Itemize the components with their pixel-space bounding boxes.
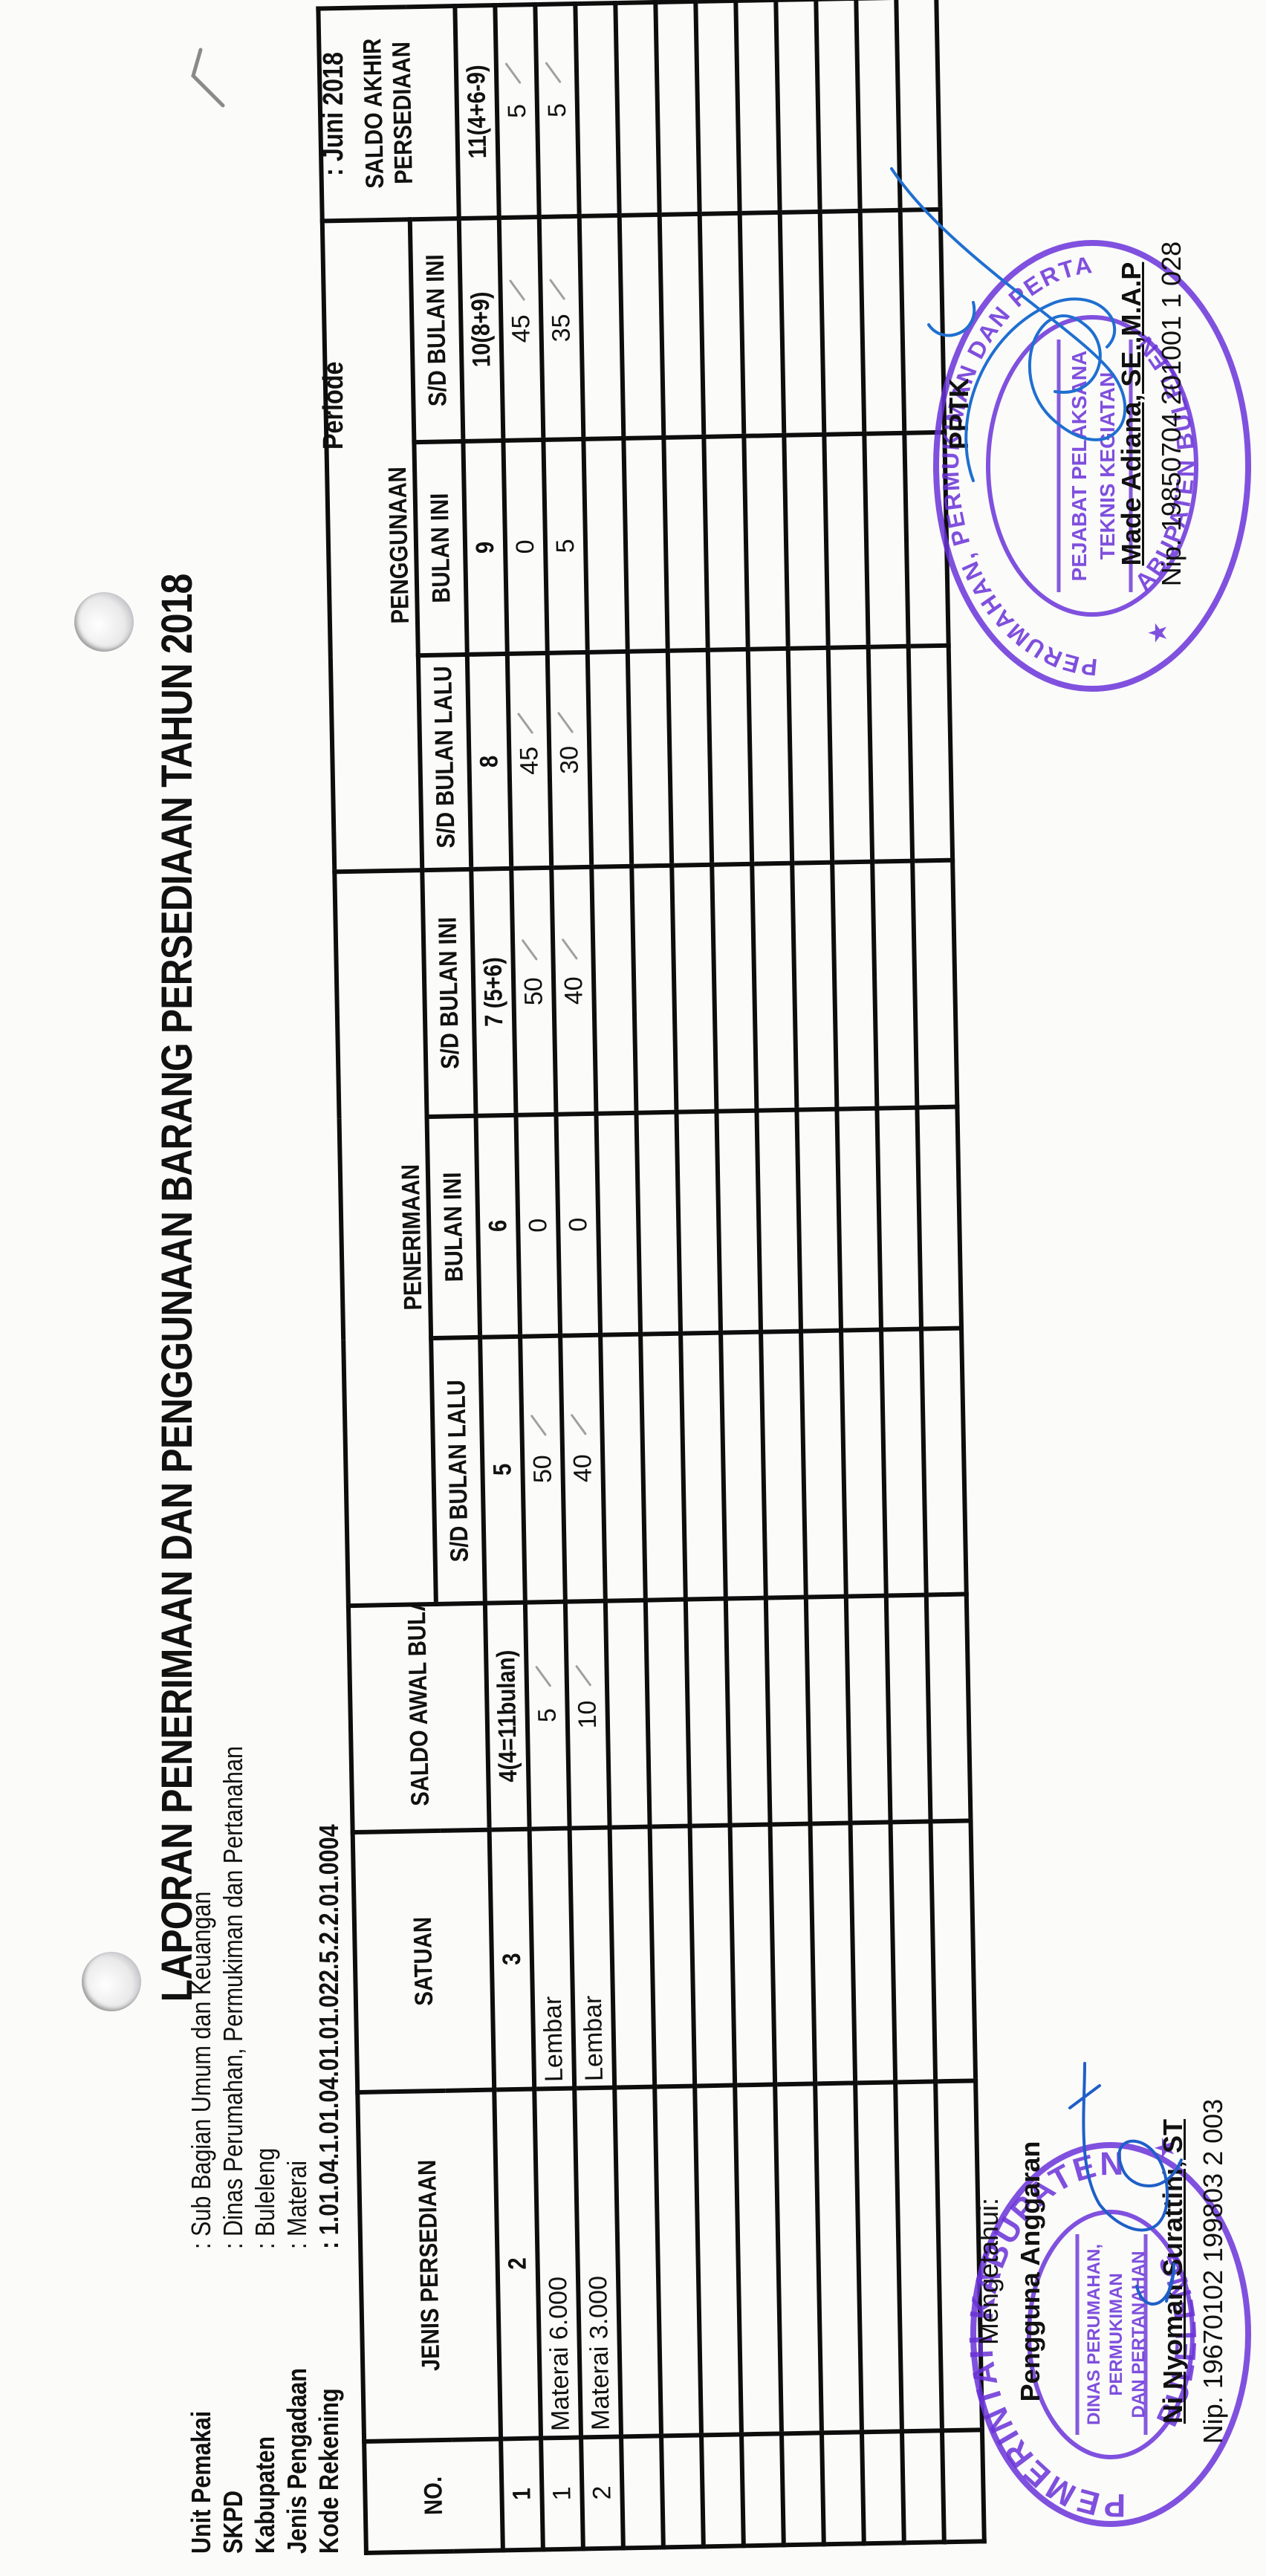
column-number-cell: 3 [490,1829,535,2090]
empty-cell [744,435,788,649]
empty-cell [780,212,825,435]
empty-cell [583,438,627,652]
cell-penggunaan-sd-lalu: 45 [507,653,551,869]
cell-no: 1 [541,2437,583,2549]
scanned-report-page: LAPORAN PENERIMAAN DAN PENGGUNAAN BARANG… [0,0,1266,2576]
empty-cell [917,1107,961,1329]
cell-penggunaan-sd-ini: 45 [499,217,544,441]
empty-cell [832,862,877,1109]
empty-cell [591,866,636,1114]
empty-cell [655,1,699,215]
empty-cell [655,2086,701,2436]
empty-cell [846,1596,891,1823]
column-number-cell: 7 (5+6) [471,869,516,1116]
pencil-tick-icon [557,711,574,733]
header-field-value: : 1.01.04.1.01.04.01.01.022.5.2.2.01.000… [314,1824,345,2249]
empty-cell [623,438,667,652]
empty-cell [730,1825,776,2086]
empty-cell [615,2,659,215]
col-header-saldo-akhir: SALDO AKHIRPERSEDIAAN [318,6,458,221]
empty-cell [636,1112,681,1334]
cell-penerimaan-sd-ini: 40 [551,867,596,1115]
empty-cell [606,1600,650,1828]
col-header-saldo-awal: SALDO AWAL BULAN [348,1603,490,1832]
col-header-penggunaan-ini: BULAN INI [414,441,467,655]
col-header-penerimaan: PENERIMAAN [334,870,436,1606]
empty-cell [775,2083,822,2433]
empty-cell [726,1598,770,1826]
empty-cell [672,865,716,1112]
empty-cell [902,2430,944,2543]
header-field-label: Jenis Pengadaan [282,2368,313,2554]
empty-cell [792,863,837,1110]
empty-cell [681,1333,726,1600]
cell-satuan: Lembar [530,1829,575,2089]
empty-cell [575,3,619,216]
column-number-cell: 6 [476,1115,521,1337]
empty-cell [708,649,752,865]
empty-cell [663,437,707,651]
empty-cell [761,1331,806,1598]
col-header-no: NO. [364,2439,503,2553]
column-number-cell: 11(4+6-9) [455,5,499,218]
empty-cell [851,1822,896,2083]
empty-cell [921,1328,967,1595]
empty-cell [841,1330,886,1597]
column-number-cell: 2 [494,2089,541,2439]
empty-cell [806,1597,851,1824]
empty-cell [721,1332,766,1599]
empty-cell [700,213,744,437]
empty-cell [661,2435,704,2547]
cell-penerimaan-ini: 0 [556,1114,600,1336]
cell-penggunaan-ini: 0 [503,440,547,654]
empty-cell [620,215,664,438]
empty-cell [776,0,819,212]
empty-cell [712,864,756,1112]
cell-satuan: Lembar [570,1828,615,2089]
handwritten-signature-left [1055,2041,1204,2353]
empty-cell [788,648,832,863]
cell-penggunaan-sd-ini: 35 [539,216,584,440]
col-header-penggunaan: PENGGUNAAN [322,219,422,872]
empty-cell [828,647,872,863]
cell-penerimaan-sd-lalu: 50 [520,1336,565,1603]
empty-cell [628,651,672,866]
cell-saldo-akhir: 5 [495,4,539,218]
empty-cell [610,1827,655,2088]
column-number-cell: 5 [480,1337,525,1603]
empty-cell [740,212,785,436]
empty-cell [741,2433,784,2546]
cell-penerimaan-sd-ini: 50 [511,868,556,1115]
pencil-tick-icon [517,712,533,733]
pencil-tick-icon [530,1414,547,1435]
cell-saldo-awal: 10 [565,1601,610,1829]
header-field-value: : Sub Bagian Umum dan Keuangan [186,1892,217,2249]
empty-cell [695,2085,741,2435]
col-header-penerimaan-sd-ini: S/D BULAN INI [422,869,475,1117]
empty-cell [770,1824,816,2085]
header-field-label: SKPD [218,2491,249,2554]
empty-cell [600,1334,646,1601]
pencil-tick-icon [535,1665,551,1687]
column-number-cell: 8 [467,654,511,869]
empty-cell [820,211,865,435]
pencil-tick-icon [504,62,521,84]
empty-cell [931,1820,976,2081]
empty-cell [895,2081,942,2431]
empty-cell [796,1109,841,1331]
empty-cell [668,650,712,866]
empty-cell [801,1331,846,1597]
empty-cell [660,214,704,438]
pencil-tick-icon [522,939,538,961]
cell-saldo-akhir: 5 [535,4,579,217]
empty-cell [614,2087,661,2437]
acknowledged-label: Mengetahui: [973,2078,1004,2465]
handwritten-signature-right [862,154,1174,570]
pencil-check-mark-icon [186,42,230,109]
empty-cell [695,1,739,214]
pencil-tick-icon [545,62,561,83]
empty-cell [596,1113,640,1335]
empty-cell [886,1595,931,1823]
col-header-penerimaan-ini: BULAN INI [427,1116,481,1338]
empty-cell [822,2432,864,2544]
cell-no: 2 [581,2436,623,2549]
header-field-label: Unit Pemakai [186,2411,217,2554]
header-field-value: : Buleleng [250,2148,281,2249]
col-header-penggunaan-sd-ini: S/D BULAN INI [410,218,464,442]
empty-cell [782,2433,824,2545]
cell-jenis: Materai 3.000 [574,2088,621,2438]
header-field-label: Kode Rekening [314,2388,345,2554]
cell-penerimaan-ini: 0 [516,1115,561,1337]
punch-hole [82,1952,141,2011]
col-header-penggunaan-sd-lalu: S/D BULAN LALU [418,655,471,870]
cell-penggunaan-ini: 5 [543,439,587,653]
empty-cell [811,1823,856,2083]
empty-cell [869,646,912,862]
empty-cell [676,1112,721,1334]
pencil-tick-icon [509,279,525,301]
empty-cell [621,2436,663,2548]
empty-cell [748,649,792,864]
col-header-jenis: JENIS PERSEDIAAN [357,2090,501,2442]
empty-cell [686,1599,730,1826]
column-number-cell: 10(8+9) [459,218,504,441]
empty-cell [881,1329,926,1596]
empty-cell [912,860,957,1108]
column-number-cell: 4(4=11bulan) [485,1603,530,1830]
empty-cell [646,1600,690,1827]
empty-cell [716,1111,761,1333]
pencil-tick-icon [549,279,565,300]
empty-cell [632,866,676,1113]
empty-cell [784,435,828,649]
header-field-value: : Dinas Perumahan, Permukiman dan Pertan… [218,1746,249,2249]
empty-cell [736,0,779,213]
empty-cell [752,863,796,1111]
col-header-satuan: SATUAN [353,1830,495,2092]
empty-cell [926,1594,971,1821]
empty-cell [837,1109,881,1331]
empty-cell [855,2082,902,2432]
pencil-tick-icon [562,938,578,960]
punch-hole [74,592,134,652]
empty-cell [872,861,917,1109]
header-field-value: : Materai [282,2161,313,2249]
col-header-penerimaan-sd-lalu: S/D BULAN LALU [431,1337,485,1604]
empty-cell [815,2083,862,2433]
empty-cell [588,652,632,867]
signer-role: Pengguna Anggaran [1015,2078,1046,2465]
pencil-tick-icon [571,1413,587,1435]
empty-cell [690,1826,736,2086]
cell-penerimaan-sd-lalu: 40 [560,1335,606,1602]
header-field-label: Kabupaten [250,2436,281,2554]
empty-cell [816,0,860,212]
empty-cell [766,1597,811,1825]
empty-cell [877,1108,921,1330]
empty-cell [862,2431,904,2543]
empty-cell [650,1826,695,2087]
column-number-cell: 9 [463,441,507,655]
cell-saldo-awal: 5 [525,1602,570,1829]
column-number-cell: 1 [501,2438,543,2550]
empty-cell [756,1110,801,1332]
empty-cell [704,436,747,650]
cell-penggunaan-sd-lalu: 30 [548,652,591,868]
empty-cell [640,1334,686,1600]
empty-cell [580,215,624,439]
inventory-table: NO. JENIS PERSEDIAAN SATUAN SALDO AWAL B… [316,1,883,2555]
empty-cell [891,1821,936,2082]
pencil-tick-icon [575,1664,591,1686]
cell-jenis: Materai 6.000 [534,2089,581,2439]
empty-cell [735,2084,782,2434]
empty-cell [701,2434,744,2546]
